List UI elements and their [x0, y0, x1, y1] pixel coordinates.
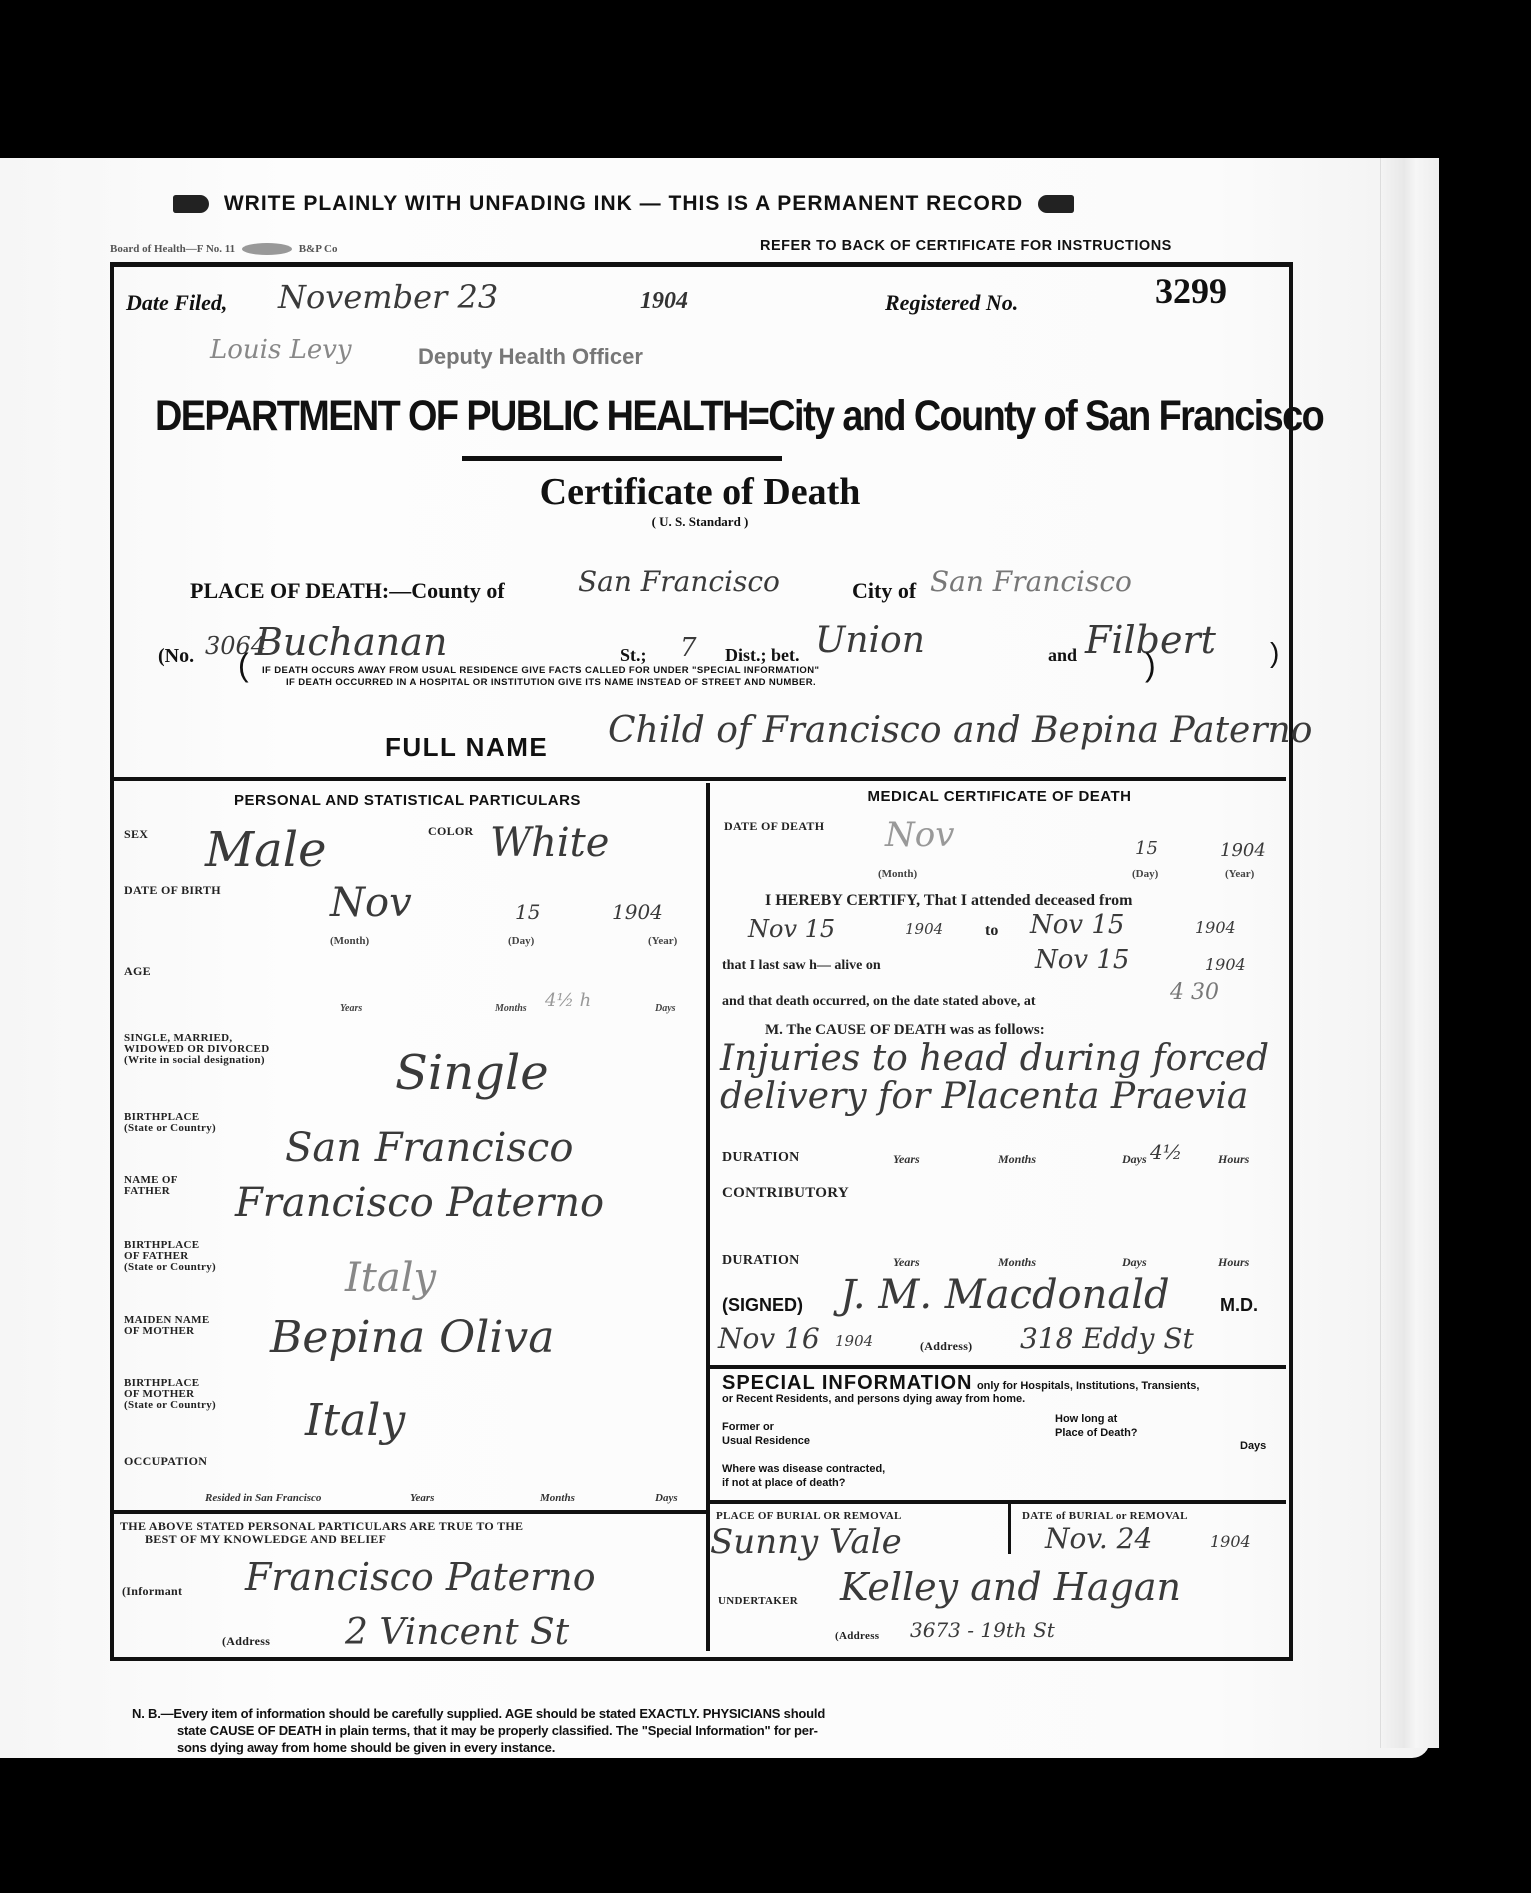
- street-number-label: (No.: [158, 645, 194, 668]
- printer-name: B&P Co: [299, 243, 338, 255]
- informant-address-label: (Address: [222, 1635, 270, 1647]
- duration-value: 4½: [1150, 1140, 1182, 1164]
- st-label: St.;: [620, 645, 647, 666]
- special-info-divider: [710, 1365, 1286, 1369]
- duration-days-unit: Days: [1122, 1152, 1147, 1167]
- father-bp-label-line3: (State or Country): [124, 1262, 216, 1273]
- duration-label: DURATION: [722, 1152, 800, 1164]
- informant-statement: THE ABOVE STATED PERSONAL PARTICULARS AR…: [120, 1520, 523, 1546]
- duration2-label: DURATION: [722, 1255, 800, 1267]
- md-label: M.D.: [1220, 1295, 1258, 1316]
- attended-from-year: 1904: [905, 920, 943, 938]
- dod-month: Nov: [885, 815, 954, 855]
- marital-label: SINGLE, MARRIED, WIDOWED OR DIVORCED (Wr…: [124, 1033, 269, 1066]
- resided-years-unit: Years: [410, 1492, 434, 1504]
- burial-place-label: PLACE OF BURIAL OR REMOVAL: [716, 1510, 902, 1522]
- refer-instructions: REFER TO BACK OF CERTIFICATE FOR INSTRUC…: [760, 238, 1172, 254]
- contracted-label-line2: if not at place of death?: [722, 1476, 885, 1490]
- father-label-line2: FATHER: [124, 1186, 178, 1197]
- form-number: Board of Health—F No. 11 B&P Co: [110, 243, 338, 255]
- undertaker-name: Kelley and Hagan: [840, 1565, 1181, 1609]
- column-divider: [706, 783, 710, 1651]
- dod-day-unit: (Day): [1132, 868, 1158, 880]
- burial-column-divider: [1008, 1504, 1011, 1554]
- cause-of-death: Injuries to head during forced delivery …: [720, 1040, 1269, 1116]
- signed-label: (SIGNED): [722, 1295, 803, 1316]
- dod-label: DATE OF DEATH: [724, 820, 824, 832]
- county-value: San Francisco: [578, 565, 780, 598]
- former-label-line2: Usual Residence: [722, 1434, 810, 1448]
- dob-label: DATE OF BIRTH: [124, 884, 221, 896]
- between-street-1: Union: [815, 620, 925, 661]
- personal-particulars-header: PERSONAL AND STATISTICAL PARTICULARS: [115, 792, 700, 809]
- father-birthplace-label: BIRTHPLACE OF FATHER (State or Country): [124, 1240, 216, 1273]
- footnote: N. B.—Every item of information should b…: [132, 1705, 1212, 1756]
- dod-year-unit: (Year): [1225, 868, 1254, 880]
- informant-statement-line2: BEST OF MY KNOWLEDGE AND BELIEF: [120, 1533, 523, 1546]
- deputy-label: Deputy Health Officer: [418, 344, 643, 370]
- mother-label-line2: OF MOTHER: [124, 1326, 210, 1337]
- marital-value: Single: [395, 1045, 549, 1101]
- occurred-text: and that death occurred, on the date sta…: [722, 994, 1036, 1010]
- how-long-label-line1: How long at: [1055, 1412, 1138, 1426]
- union-seal-icon: [242, 243, 292, 255]
- dod-day: 15: [1135, 838, 1158, 859]
- undertaker-label: UNDERTAKER: [718, 1595, 798, 1607]
- burial-year: 1904: [1210, 1532, 1251, 1551]
- full-name-label: FULL NAME: [385, 732, 548, 763]
- mother-birthplace-value: Italy: [305, 1395, 405, 1446]
- city-value: San Francisco: [930, 565, 1132, 598]
- district-value: 7: [680, 633, 697, 663]
- last-saw-year: 1904: [1205, 955, 1246, 974]
- former-label-line1: Former or: [722, 1420, 810, 1434]
- to-label: to: [985, 922, 998, 940]
- contracted-label-line1: Where was disease contracted,: [722, 1462, 885, 1476]
- dob-day-unit: (Day): [508, 935, 534, 947]
- paren-open: (: [238, 659, 249, 671]
- duration-months-unit: Months: [998, 1152, 1036, 1167]
- section-divider: [114, 777, 1286, 781]
- and-label: and: [1048, 645, 1077, 666]
- informant-label: (Informant: [122, 1585, 182, 1597]
- certify-text: I HEREBY CERTIFY, That I attended deceas…: [765, 892, 1132, 910]
- how-long-label: How long at Place of Death?: [1055, 1412, 1138, 1440]
- duration-hours-unit: Hours: [1218, 1152, 1249, 1167]
- attended-to-year: 1904: [1195, 918, 1236, 937]
- banner-text: WRITE PLAINLY WITH UNFADING INK — THIS I…: [224, 192, 1023, 215]
- age-value: 4½ h: [545, 990, 591, 1011]
- birthplace-value: San Francisco: [285, 1125, 573, 1171]
- page-stack-edge: [1380, 158, 1439, 1748]
- father-birthplace-value: Italy: [345, 1255, 436, 1301]
- cause-line1: Injuries to head during forced: [720, 1040, 1269, 1078]
- ink-instruction-banner: WRITE PLAINLY WITH UNFADING INK — THIS I…: [165, 192, 1255, 216]
- contracted-label: Where was disease contracted, if not at …: [722, 1462, 885, 1490]
- time-of-death: 4 30: [1170, 980, 1219, 1005]
- duration2-days-unit: Days: [1122, 1255, 1147, 1270]
- registered-no-label: Registered No.: [885, 290, 1018, 316]
- medical-certificate-header: MEDICAL CERTIFICATE OF DEATH: [712, 788, 1287, 805]
- color-label: COLOR: [428, 825, 474, 837]
- duration2-months-unit: Months: [998, 1255, 1036, 1270]
- special-info-header: SPECIAL INFORMATION only for Hospitals, …: [722, 1372, 1282, 1405]
- deputy-signature: Louis Levy: [210, 335, 352, 365]
- title-divider: [462, 456, 782, 461]
- age-days-unit: Days: [655, 1003, 676, 1014]
- duration-years-unit: Years: [893, 1152, 920, 1167]
- physician-address: 318 Eddy St: [1020, 1322, 1194, 1355]
- district-label: Dist.; bet.: [725, 645, 800, 666]
- sex-label: SEX: [124, 828, 148, 840]
- former-residence-label: Former or Usual Residence: [722, 1420, 810, 1448]
- informant-address: 2 Vincent St: [345, 1612, 569, 1653]
- burial-date: Nov. 24: [1045, 1522, 1152, 1555]
- residence-note: ( IF DEATH OCCURS AWAY FROM USUAL RESIDE…: [262, 665, 1142, 689]
- father-name-value: Francisco Paterno: [235, 1180, 604, 1226]
- dob-year: 1904: [612, 900, 663, 924]
- date-filed-label: Date Filed,: [126, 290, 227, 316]
- attended-to: Nov 15: [1030, 910, 1124, 940]
- pointing-hand-icon: [1038, 195, 1074, 213]
- contributory-label: CONTRIBUTORY: [722, 1187, 849, 1199]
- special-info-subtitle-2: or Recent Residents, and persons dying a…: [722, 1393, 1282, 1405]
- footnote-line1: N. B.—Every item of information should b…: [132, 1705, 1212, 1722]
- informant-divider: [114, 1510, 706, 1514]
- date-filed-value: November 23: [278, 278, 498, 316]
- occupation-label: OCCUPATION: [124, 1455, 207, 1467]
- attended-from: Nov 15: [748, 915, 835, 943]
- signed-year: 1904: [835, 1332, 873, 1350]
- place-of-death-label: PLACE OF DEATH:—County of: [190, 578, 505, 604]
- city-label: City of: [852, 578, 916, 604]
- certificate-title: Certificate of Death: [300, 470, 1100, 514]
- birthplace-label-line2: (State or Country): [124, 1123, 216, 1134]
- dob-month-unit: (Month): [330, 935, 369, 947]
- marital-label-line3: (Write in social designation): [124, 1055, 269, 1066]
- undertaker-address: 3673 - 19th St: [910, 1618, 1055, 1642]
- sex-value: Male: [205, 822, 327, 878]
- special-info-subtitle-1: only for Hospitals, Institutions, Transi…: [977, 1380, 1199, 1392]
- physician-address-label: (Address): [920, 1340, 972, 1352]
- footnote-line2: state CAUSE OF DEATH in plain terms, tha…: [132, 1722, 1212, 1739]
- resided-months-unit: Months: [540, 1492, 575, 1504]
- age-label: AGE: [124, 965, 151, 977]
- cause-text: M. The CAUSE OF DEATH was as follows:: [765, 1022, 1045, 1039]
- paren-close: ): [1145, 659, 1156, 671]
- dod-month-unit: (Month): [878, 868, 917, 880]
- department-title: DEPARTMENT OF PUBLIC HEALTH=City and Cou…: [155, 392, 1123, 441]
- date-filed-year: 1904: [640, 288, 688, 315]
- burial-date-label: DATE of BURIAL or REMOVAL: [1022, 1510, 1188, 1522]
- form-number-text: Board of Health—F No. 11: [110, 243, 235, 255]
- pointing-hand-icon: [173, 195, 209, 213]
- burial-divider: [710, 1500, 1286, 1504]
- last-saw-date: Nov 15: [1035, 945, 1129, 975]
- resided-label: Resided in San Francisco: [205, 1492, 321, 1504]
- birthplace-label: BIRTHPLACE (State or Country): [124, 1112, 216, 1134]
- resided-days-unit: Days: [655, 1492, 678, 1504]
- dob-year-unit: (Year): [648, 935, 677, 947]
- informant-name: Francisco Paterno: [245, 1555, 596, 1599]
- signed-date: Nov 16: [718, 1322, 820, 1355]
- dod-year: 1904: [1220, 840, 1266, 861]
- street-value: Buchanan: [255, 620, 447, 664]
- mother-name-label: MAIDEN NAME OF MOTHER: [124, 1315, 210, 1337]
- special-info-title: SPECIAL INFORMATION: [722, 1372, 972, 1394]
- age-months-unit: Months: [495, 1003, 527, 1014]
- how-long-days-unit: Days: [1240, 1440, 1266, 1452]
- physician-signature: J. M. Macdonald: [840, 1272, 1170, 1318]
- dob-month: Nov: [330, 880, 412, 926]
- color-value: White: [490, 820, 609, 866]
- cause-line2: delivery for Placenta Praevia: [720, 1078, 1269, 1116]
- certificate-subtitle: ( U. S. Standard ): [300, 514, 1100, 530]
- paren-close: ): [1270, 637, 1279, 669]
- mother-bp-label-line3: (State or Country): [124, 1400, 216, 1411]
- last-saw-text: that I last saw h— alive on: [722, 958, 881, 974]
- mother-birthplace-label: BIRTHPLACE OF MOTHER (State or Country): [124, 1378, 216, 1411]
- residence-note-line1: IF DEATH OCCURS AWAY FROM USUAL RESIDENC…: [262, 665, 1142, 677]
- undertaker-address-label: (Address: [835, 1630, 879, 1642]
- duration2-hours-unit: Hours: [1218, 1255, 1249, 1270]
- footnote-line3: sons dying away from home should be give…: [132, 1739, 1212, 1756]
- father-name-label: NAME OF FATHER: [124, 1175, 178, 1197]
- dob-day: 15: [515, 900, 540, 924]
- burial-place: Sunny Vale: [710, 1522, 902, 1562]
- mother-name-value: Bepina Oliva: [270, 1312, 554, 1363]
- how-long-label-line2: Place of Death?: [1055, 1426, 1138, 1440]
- full-name-value: Child of Francisco and Bepina Paterno: [608, 710, 1312, 751]
- duration2-years-unit: Years: [893, 1255, 920, 1270]
- registered-no-value: 3299: [1155, 270, 1227, 312]
- residence-note-line2: IF DEATH OCCURRED IN A HOSPITAL OR INSTI…: [262, 677, 1142, 689]
- age-years-unit: Years: [340, 1003, 362, 1014]
